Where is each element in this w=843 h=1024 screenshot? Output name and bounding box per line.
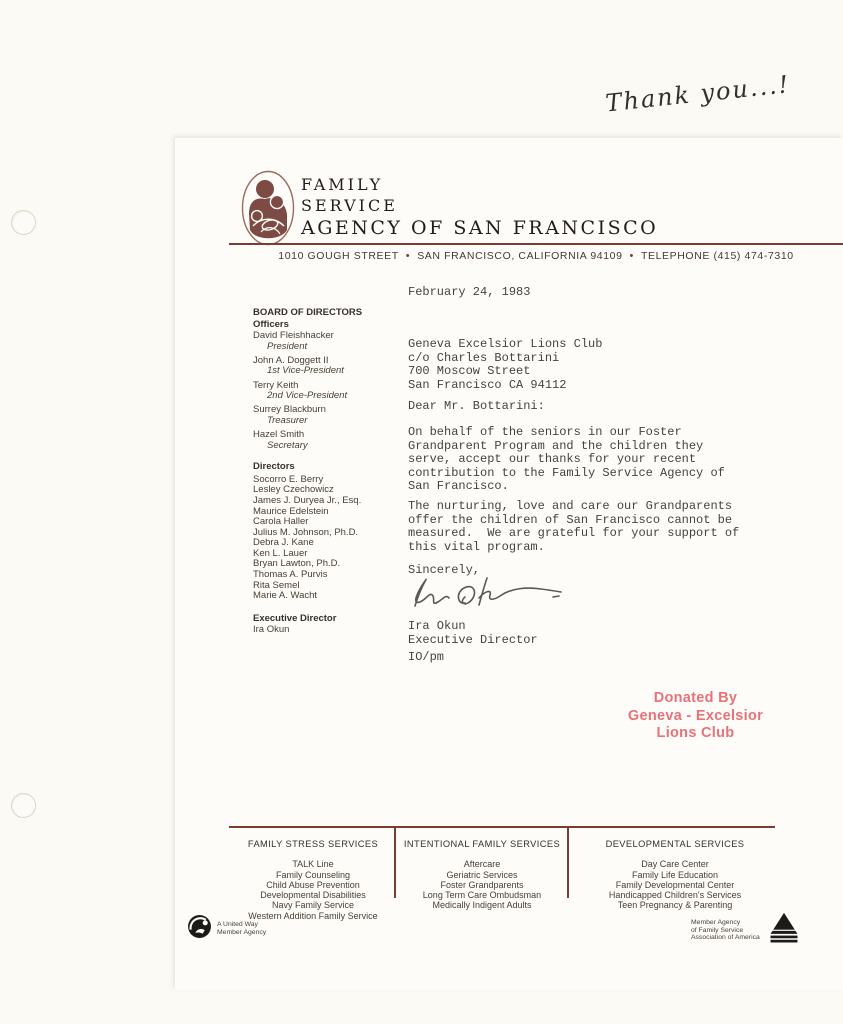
service-item: Developmental Disabilities bbox=[231, 890, 395, 900]
officer-name: Hazel Smith bbox=[253, 430, 405, 441]
hole-punch-bottom bbox=[11, 793, 36, 818]
officer-entry: John A. Doggett II1st Vice-President bbox=[253, 356, 405, 377]
director-name: James J. Duryea Jr., Esq. bbox=[253, 496, 405, 507]
family-service-agency-logo-icon bbox=[241, 170, 295, 251]
director-name: Marie A. Wacht bbox=[253, 591, 405, 602]
city-address: SAN FRANCISCO, CALIFORNIA 94109 bbox=[417, 250, 622, 262]
officer-entry: Hazel SmithSecretary bbox=[253, 430, 405, 451]
service-item: Day Care Center bbox=[574, 859, 776, 869]
fsaa-caption: Member Agency of Family Service Associat… bbox=[691, 919, 760, 942]
service-item: Aftercare bbox=[402, 859, 562, 869]
footer-rule bbox=[229, 826, 775, 828]
letterhead-rule bbox=[229, 243, 843, 245]
officer-entry: David FleishhackerPresident bbox=[253, 331, 405, 352]
footer-column-developmental: DEVELOPMENTAL SERVICES Day Care Center F… bbox=[574, 839, 776, 911]
service-item: TALK Line bbox=[231, 859, 395, 869]
service-item: Geriatric Services bbox=[402, 870, 562, 880]
fsaa-logo-icon bbox=[767, 912, 801, 949]
org-wordmark: FAMILY SERVICE AGENCY OF SAN FRANCISCO bbox=[301, 174, 658, 239]
fsaa-badge: Member Agency of Family Service Associat… bbox=[691, 912, 801, 949]
salutation: Dear Mr. Bottarini: bbox=[408, 400, 545, 414]
recipient-address-block: Geneva Excelsior Lions Club c/o Charles … bbox=[408, 338, 602, 392]
united-way-logo-icon bbox=[187, 914, 212, 944]
directors-heading: Directors bbox=[253, 462, 405, 473]
letter-date: February 24, 1983 bbox=[408, 286, 530, 300]
service-item: Medically Indigent Adults bbox=[402, 900, 562, 910]
footer-column-header: FAMILY STRESS SERVICES bbox=[231, 839, 395, 849]
board-title: BOARD OF DIRECTORS bbox=[253, 308, 405, 319]
letter-paragraph-2: The nurturing, love and care our Grandpa… bbox=[408, 500, 739, 554]
service-item: Handicapped Children's Services bbox=[574, 890, 776, 900]
officer-title: 2nd Vice-President bbox=[253, 391, 405, 402]
executive-director-name: Ira Okun bbox=[253, 625, 405, 636]
bullet-separator: • bbox=[623, 250, 641, 262]
org-name-line2: SERVICE bbox=[301, 195, 658, 216]
footer-column-header: DEVELOPMENTAL SERVICES bbox=[574, 839, 776, 849]
signer-name-title: Ira Okun Executive Director bbox=[408, 620, 538, 647]
org-name-line3: AGENCY OF SAN FRANCISCO bbox=[301, 217, 658, 239]
handwritten-signature bbox=[403, 570, 573, 623]
handwritten-thank-you-note: Thank you...! bbox=[604, 67, 826, 118]
officer-title: President bbox=[253, 342, 405, 353]
officer-entry: Surrey BlackburnTreasurer bbox=[253, 405, 405, 426]
donated-by-stamp: Donated By Geneva - Excelsior Lions Club bbox=[603, 690, 788, 743]
footer-column-divider bbox=[567, 827, 569, 898]
executive-director-heading: Executive Director bbox=[253, 614, 405, 625]
phone-number: TELEPHONE (415) 474-7310 bbox=[641, 250, 794, 262]
board-of-directors-list: BOARD OF DIRECTORS Officers David Fleish… bbox=[253, 308, 405, 636]
footer-column-intentional-family: INTENTIONAL FAMILY SERVICES Aftercare Ge… bbox=[402, 839, 562, 911]
united-way-caption: A United Way Member Agency bbox=[217, 921, 266, 937]
united-way-badge: A United Way Member Agency bbox=[187, 914, 266, 944]
service-item: Family Counseling bbox=[231, 870, 395, 880]
service-item: Long Term Care Ombudsman bbox=[402, 890, 562, 900]
letterhead-address-line: 1010 GOUGH STREET•SAN FRANCISCO, CALIFOR… bbox=[229, 250, 843, 262]
service-item: Foster Grandparents bbox=[402, 880, 562, 890]
service-item: Navy Family Service bbox=[231, 900, 395, 910]
footer-column-header: INTENTIONAL FAMILY SERVICES bbox=[402, 839, 562, 849]
hole-punch-top bbox=[11, 210, 36, 235]
bullet-separator: • bbox=[399, 250, 417, 262]
officer-title: Secretary bbox=[253, 441, 405, 452]
officer-entry: Terry Keith2nd Vice-President bbox=[253, 381, 405, 402]
footer-column-family-stress: FAMILY STRESS SERVICES TALK Line Family … bbox=[231, 839, 395, 921]
service-item: Family Life Education bbox=[574, 870, 776, 880]
officers-heading: Officers bbox=[253, 320, 405, 331]
officer-title: Treasurer bbox=[253, 416, 405, 427]
service-item: Family Developmental Center bbox=[574, 880, 776, 890]
letter-sheet: FAMILY SERVICE AGENCY OF SAN FRANCISCO 1… bbox=[175, 138, 843, 990]
org-name-line1: FAMILY bbox=[301, 174, 658, 195]
street-address: 1010 GOUGH STREET bbox=[278, 250, 398, 262]
officer-title: 1st Vice-President bbox=[253, 366, 405, 377]
scanned-letter-page: Thank you...! FAMILY SERVICE AGENCY OF S… bbox=[0, 0, 843, 1024]
typist-reference: IO/pm bbox=[408, 651, 444, 665]
service-item: Teen Pregnancy & Parenting bbox=[574, 900, 776, 910]
service-item: Child Abuse Prevention bbox=[231, 880, 395, 890]
letter-paragraph-1: On behalf of the seniors in our Foster G… bbox=[408, 426, 725, 494]
